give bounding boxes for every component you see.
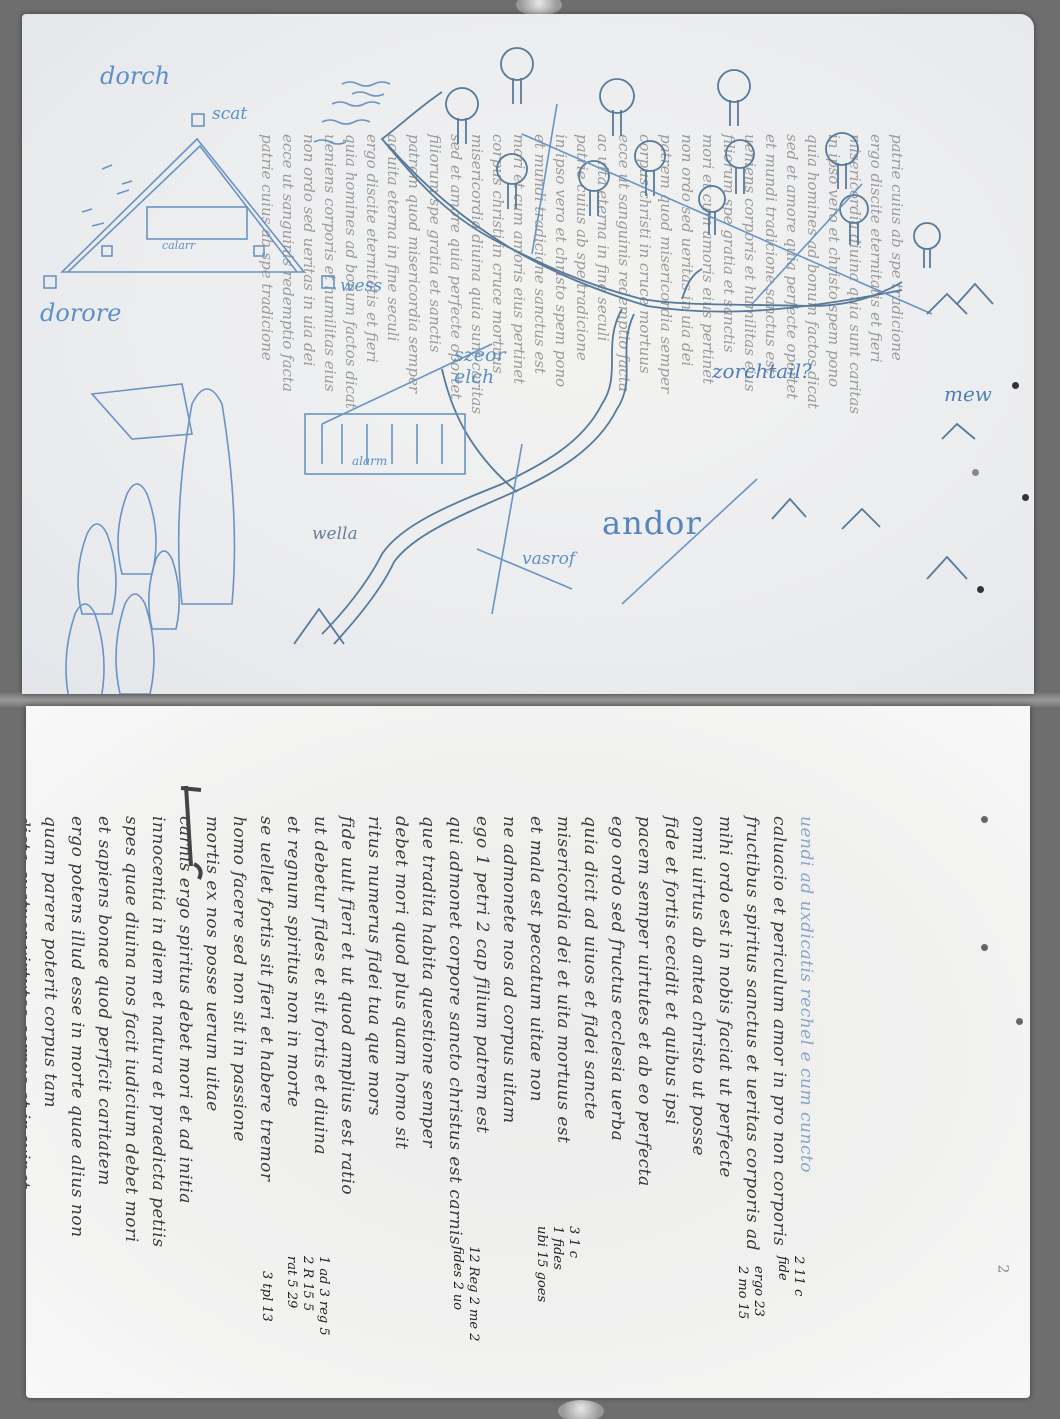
tree-icons (446, 48, 940, 268)
margin-note: 1 ad 3 reg 5 2 R 15 5 rat 5 29 (283, 1256, 331, 1336)
text-line: pacem semper uirtutes et ab eo perfecta (627, 816, 654, 1251)
text-line: quam parere poterit corpus tam (33, 816, 60, 1251)
river-icon (322, 92, 902, 644)
text-line: homo facere sed non sit in passione (222, 816, 249, 1251)
map-label-andor: andor (602, 504, 702, 542)
binding-hole (981, 944, 988, 951)
map-label-mew: mew (944, 382, 992, 406)
text-line: que tradita habita questione semper (411, 816, 438, 1251)
text-line: debet mori quod plus quam homo sit (384, 816, 411, 1251)
text-line: innocentia in diem et natura et praedict… (141, 816, 168, 1251)
mountain-icons (294, 284, 993, 644)
text-line: ut debetur fides et sit fortis et diuina (303, 816, 330, 1251)
triangle-fortress-icon (44, 114, 334, 288)
map-label-zorchtail: zorchtail? (712, 359, 812, 383)
text-line: ergo potens illud esse in morte quae ali… (60, 816, 87, 1251)
map-label-szeor-elch: szeor elch (454, 344, 534, 388)
binding-hole (1016, 1018, 1023, 1025)
text-line: ritus numerus fidei tua que mors (357, 816, 384, 1251)
page-number: 2 (994, 1265, 1010, 1274)
text-line: ne admonete nos ad corpus uitam (492, 816, 519, 1251)
map-label-calarr: calarr (162, 239, 195, 252)
text-line: ego 1 petri 2 cap filium patrem est (465, 816, 492, 1251)
text-line: fide et fortis cecidit et quibus ipsi (654, 816, 681, 1251)
margin-note: 12 Reg 2 me 2 fides 2 uo (449, 1246, 481, 1341)
map-label-dorore: dorore (40, 299, 121, 327)
margin-note: 3 1 c 1 fides ubi 15 goes (533, 1226, 581, 1302)
text-line: caluacio et periculum amor in pro non co… (762, 816, 789, 1251)
top-page-map-drawing: patrie cuius ab spe tradicione ergo disc… (22, 14, 1034, 694)
binding-hole (1012, 382, 1019, 389)
text-line: quia dicit ad uiuos et fidei sancte (573, 816, 600, 1251)
map-label-scat: scat (212, 104, 247, 124)
map-label-vasrof: vasrof (522, 549, 575, 569)
map-label-dorch: dorch (100, 62, 170, 90)
sea-waves-icon (314, 82, 390, 144)
margin-note: 3 tpl 13 (258, 1271, 274, 1322)
binding-hole (977, 586, 984, 593)
map-label-wella: wella (312, 524, 358, 544)
text-line: misericordia dei et uita mortuus est (546, 816, 573, 1251)
text-line: dicta quatuor uirtutes corpus et inquina… (26, 816, 33, 1251)
main-text-block: uendi ad uxdicatis rechel e cum cuncto c… (26, 816, 816, 1251)
binding-hole (972, 469, 979, 476)
text-line: fructibus spiritus sanctus et ueritas co… (735, 816, 762, 1251)
binding-hole (981, 816, 988, 823)
text-line: spes quae diuina nos facit iudicium debe… (114, 816, 141, 1251)
text-line: ego ordo sed fructus ecclesia uerba (600, 816, 627, 1251)
text-line: et regnum spiritus non in morte (276, 816, 303, 1251)
text-line: se uellet fortis sit fieri et habere tre… (249, 816, 276, 1251)
monk-figures-icon (66, 384, 465, 694)
map-label-alarm: alarm (352, 454, 387, 468)
flourish-mark-icon (166, 776, 226, 896)
text-line: et sapiens bonae quod perficit caritatem (87, 816, 114, 1251)
map-label-wess: wess (340, 276, 382, 296)
margin-note: ergo 23 2 mo 15 (734, 1266, 766, 1319)
margin-note: 2 11 c fide (774, 1256, 806, 1296)
text-line: fide uult fieri et ut quod amplius est r… (330, 816, 357, 1251)
text-line: qui admonet corpore sancto christus est … (438, 816, 465, 1251)
text-line: mihi ordo est in nobis faciat ut perfect… (708, 816, 735, 1251)
book-gutter (0, 693, 1060, 707)
page-clip-bottom (558, 1400, 604, 1419)
header-line: uendi ad uxdicatis rechel e cum cuncto (789, 816, 816, 1251)
text-line: et mala est peccatum uitae non (519, 816, 546, 1251)
text-line: omni uirtus ab antea christo ut posse (681, 816, 708, 1251)
binding-hole (1022, 494, 1029, 501)
bottom-page-latin-text: uendi ad uxdicatis rechel e cum cuncto c… (26, 706, 1030, 1398)
